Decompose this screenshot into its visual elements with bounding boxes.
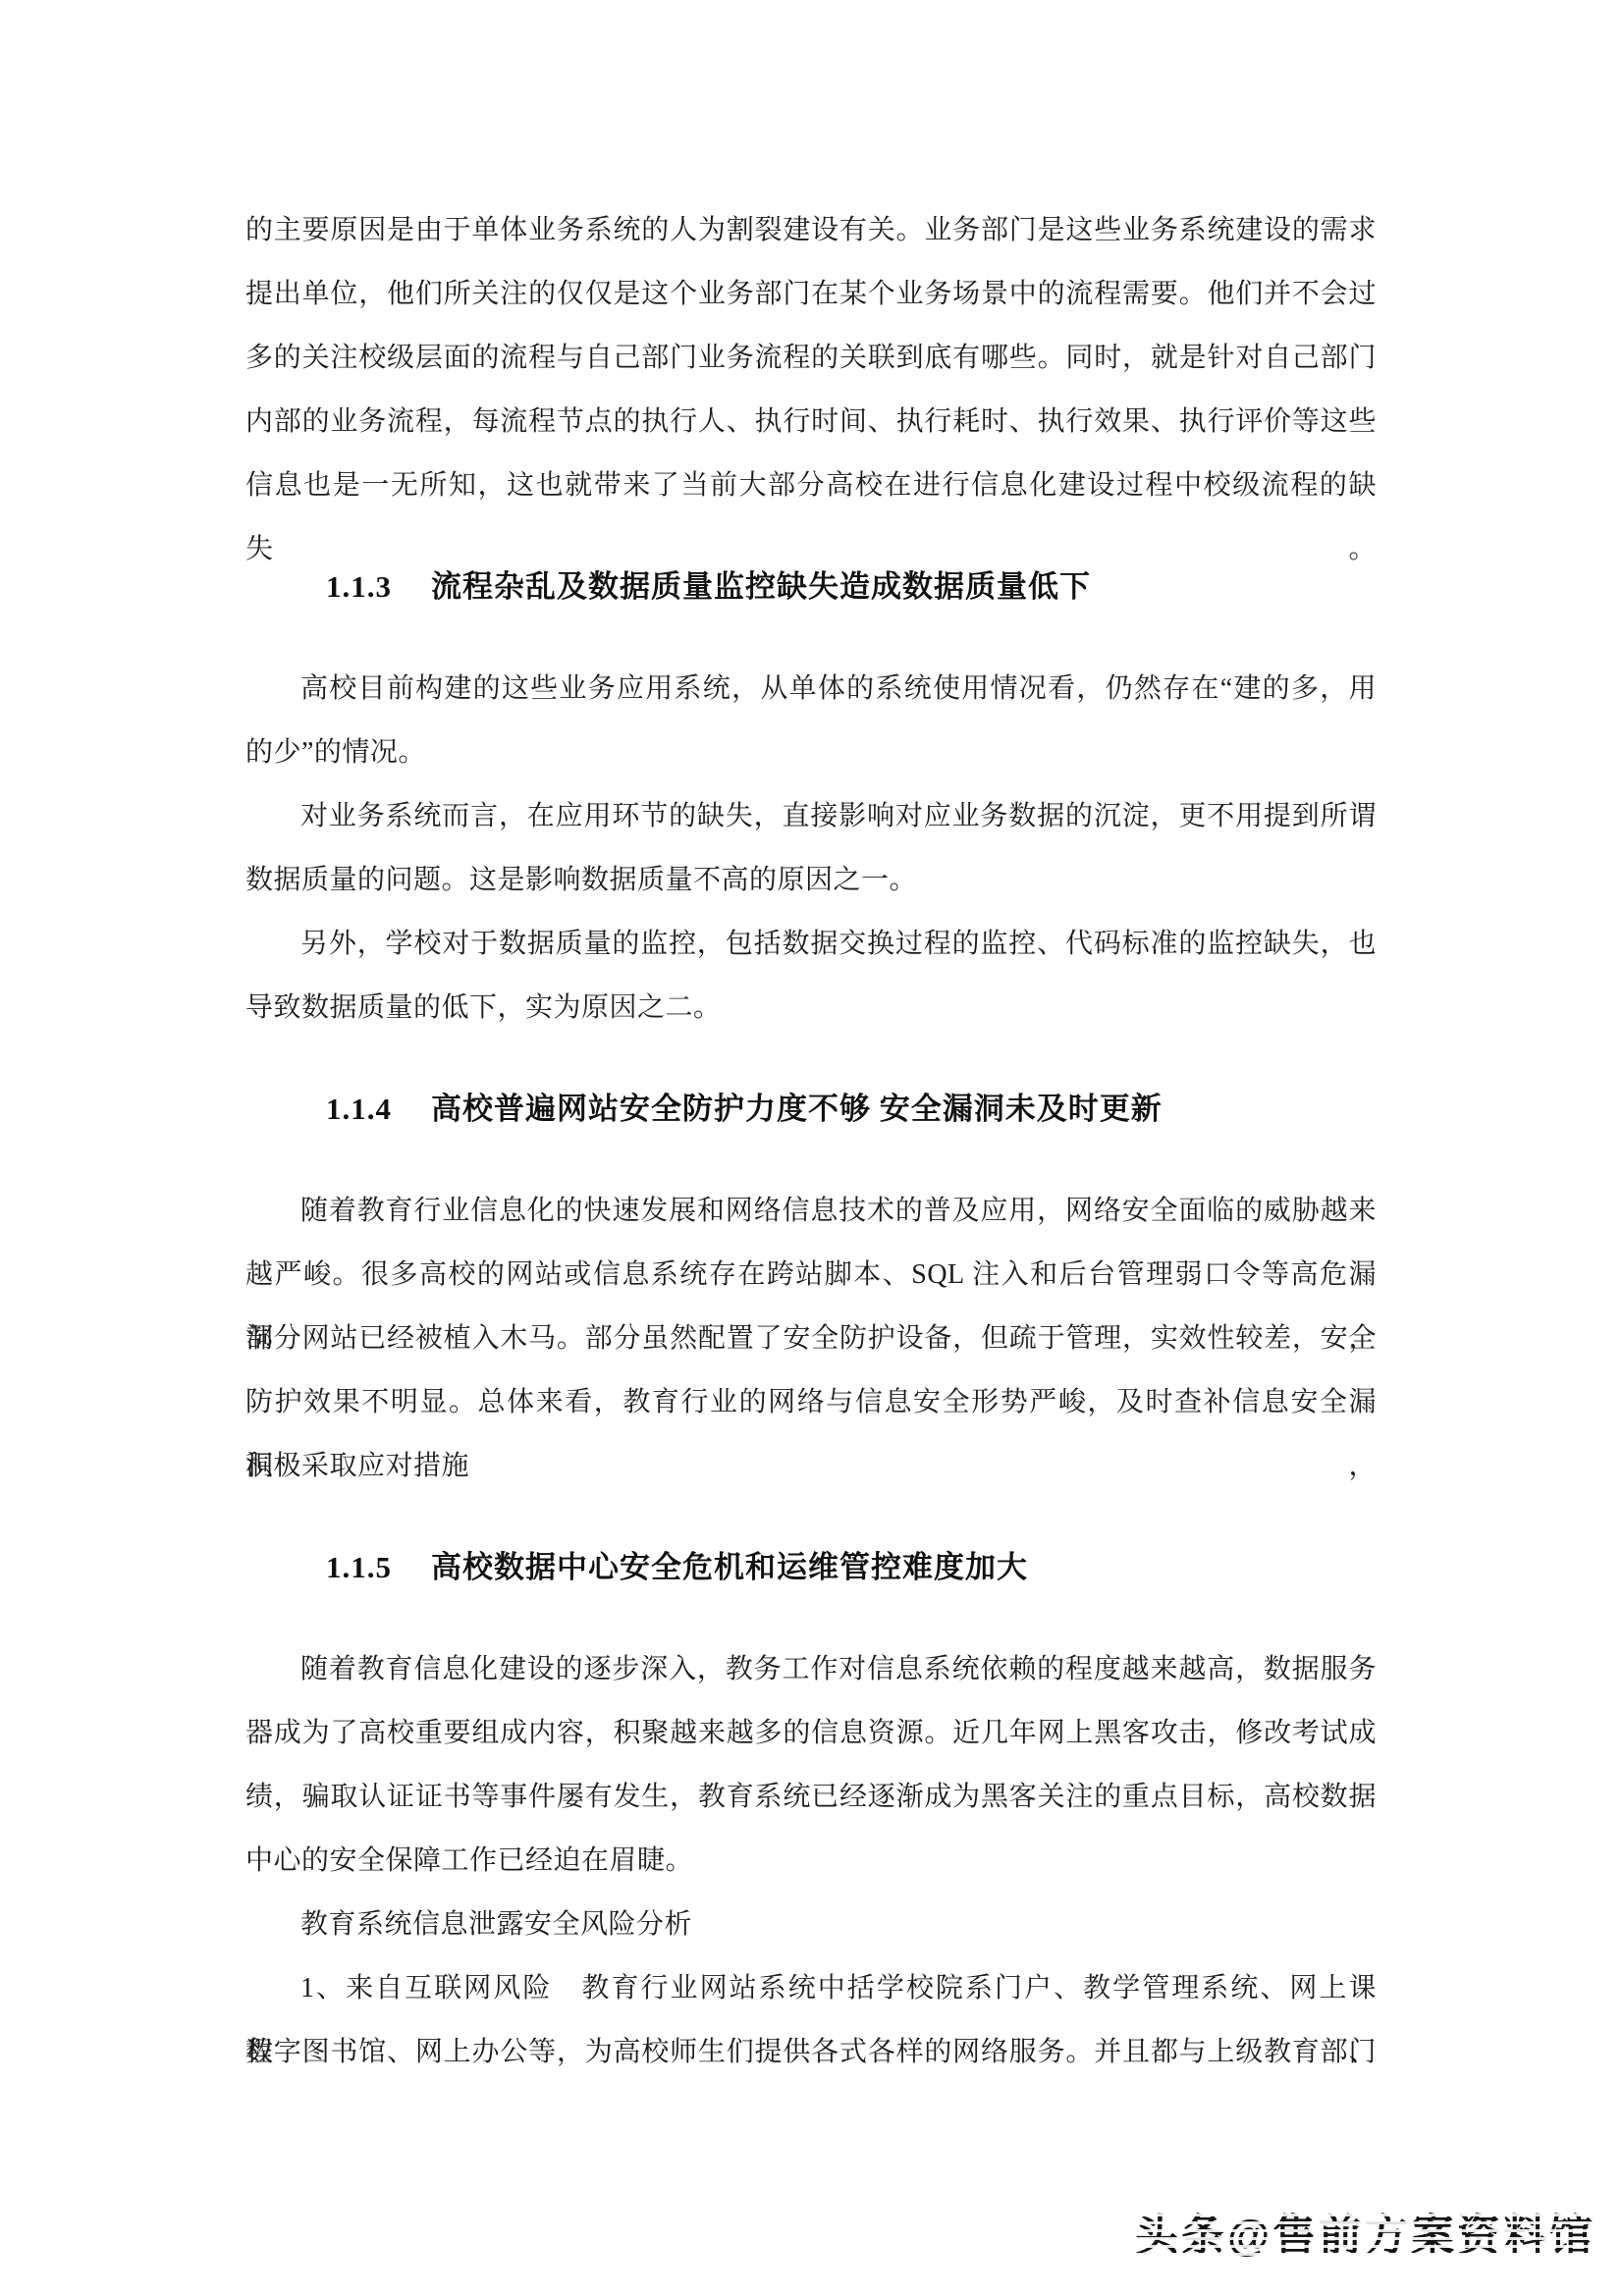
heading-title: 流程杂乱及数据质量监控缺失造成数据质量低下	[431, 569, 1091, 604]
section-heading: 1.1.5高校数据中心安全危机和运维管控难度加大	[326, 1535, 1377, 1599]
text-line: 部分网站已经被植入木马。部分虽然配置了安全防护设备，但疏于管理，实效性较差，安全	[245, 1307, 1377, 1370]
text-line: 导致数据质量的低下，实为原因之二。	[245, 976, 1377, 1040]
text-line: 教育系统信息泄露安全风险分析	[245, 1893, 1377, 1956]
text-line: 1、来自互联网风险 教育行业网站系统中括学校院系门户、教学管理系统、网上课程、	[245, 1956, 1377, 2020]
text-line: 对业务系统而言，在应用环节的缺失，直接影响对应业务数据的沉淀，更不用提到所谓	[245, 784, 1377, 848]
text-line: 的少”的情况。	[245, 721, 1377, 784]
text-line: 中心的安全保障工作已经迫在眉睫。	[245, 1829, 1377, 1893]
section-heading: 1.1.4高校普遍网站安全防护力度不够 安全漏洞未及时更新	[326, 1077, 1377, 1141]
text-line: 另外，学校对于数据质量的监控，包括数据交换过程的监控、代码标准的监控缺失，也	[245, 912, 1377, 976]
text-line: 信息也是一无所知，这也就带来了当前大部分高校在进行信息化建设过程中校级流程的缺失…	[245, 454, 1377, 517]
heading-number: 1.1.4	[326, 1092, 392, 1126]
text-line: 越严峻。很多高校的网站或信息系统存在跨站脚本、SQL 注入和后台管理弱口令等高危…	[245, 1243, 1377, 1307]
heading-number: 1.1.3	[326, 569, 392, 604]
text-line: 绩，骗取认证证书等事件屡有发生，教育系统已经逐渐成为黑客关注的重点目标，高校数据	[245, 1765, 1377, 1829]
heading-title: 高校数据中心安全危机和运维管控难度加大	[431, 1550, 1028, 1584]
document-page: 的主要原因是由于单体业务系统的人为割裂建设有关。业务部门是这些业务系统建设的需求…	[0, 0, 1623, 2296]
text-line: 防护效果不明显。总体来看，教育行业的网络与信息安全形势严峻，及时查补信息安全漏洞…	[245, 1370, 1377, 1434]
watermark: 头条@售前方案资料馆	[1135, 2211, 1596, 2262]
text-line: 提出单位，他们所关注的仅仅是这个业务部门在某个业务场景中的流程需要。他们并不会过	[245, 262, 1377, 326]
heading-title: 高校普遍网站安全防护力度不够 安全漏洞未及时更新	[431, 1092, 1163, 1126]
text-line: 多的关注校级层面的流程与自己部门业务流程的关联到底有哪些。同时，就是针对自己部门	[245, 326, 1377, 390]
heading-number: 1.1.5	[326, 1550, 392, 1584]
text-line: 数字图书馆、网上办公等，为高校师生们提供各式各样的网络服务。并且都与上级教育部门	[245, 2020, 1377, 2084]
text-line: 随着教育行业信息化的快速发展和网络信息技术的普及应用，网络安全面临的威胁越来	[245, 1179, 1377, 1243]
text-line: 器成为了高校重要组成内容，积聚越来越多的信息资源。近几年网上黑客攻击，修改考试成	[245, 1701, 1377, 1765]
text-line: 高校目前构建的这些业务应用系统，从单体的系统使用情况看，仍然存在“建的多，用	[245, 657, 1377, 721]
text-line: 数据质量的问题。这是影响数据质量不高的原因之一。	[245, 848, 1377, 912]
text-line: 的主要原因是由于单体业务系统的人为割裂建设有关。业务部门是这些业务系统建设的需求	[245, 198, 1377, 262]
document-content: 的主要原因是由于单体业务系统的人为割裂建设有关。业务部门是这些业务系统建设的需求…	[245, 198, 1377, 2084]
watermark-stripes	[1131, 2209, 1599, 2264]
text-line: 内部的业务流程，每流程节点的执行人、执行时间、执行耗时、执行效果、执行评价等这些	[245, 390, 1377, 454]
text-line: 随着教育信息化建设的逐步深入，教务工作对信息系统依赖的程度越来越高，数据服务	[245, 1637, 1377, 1701]
